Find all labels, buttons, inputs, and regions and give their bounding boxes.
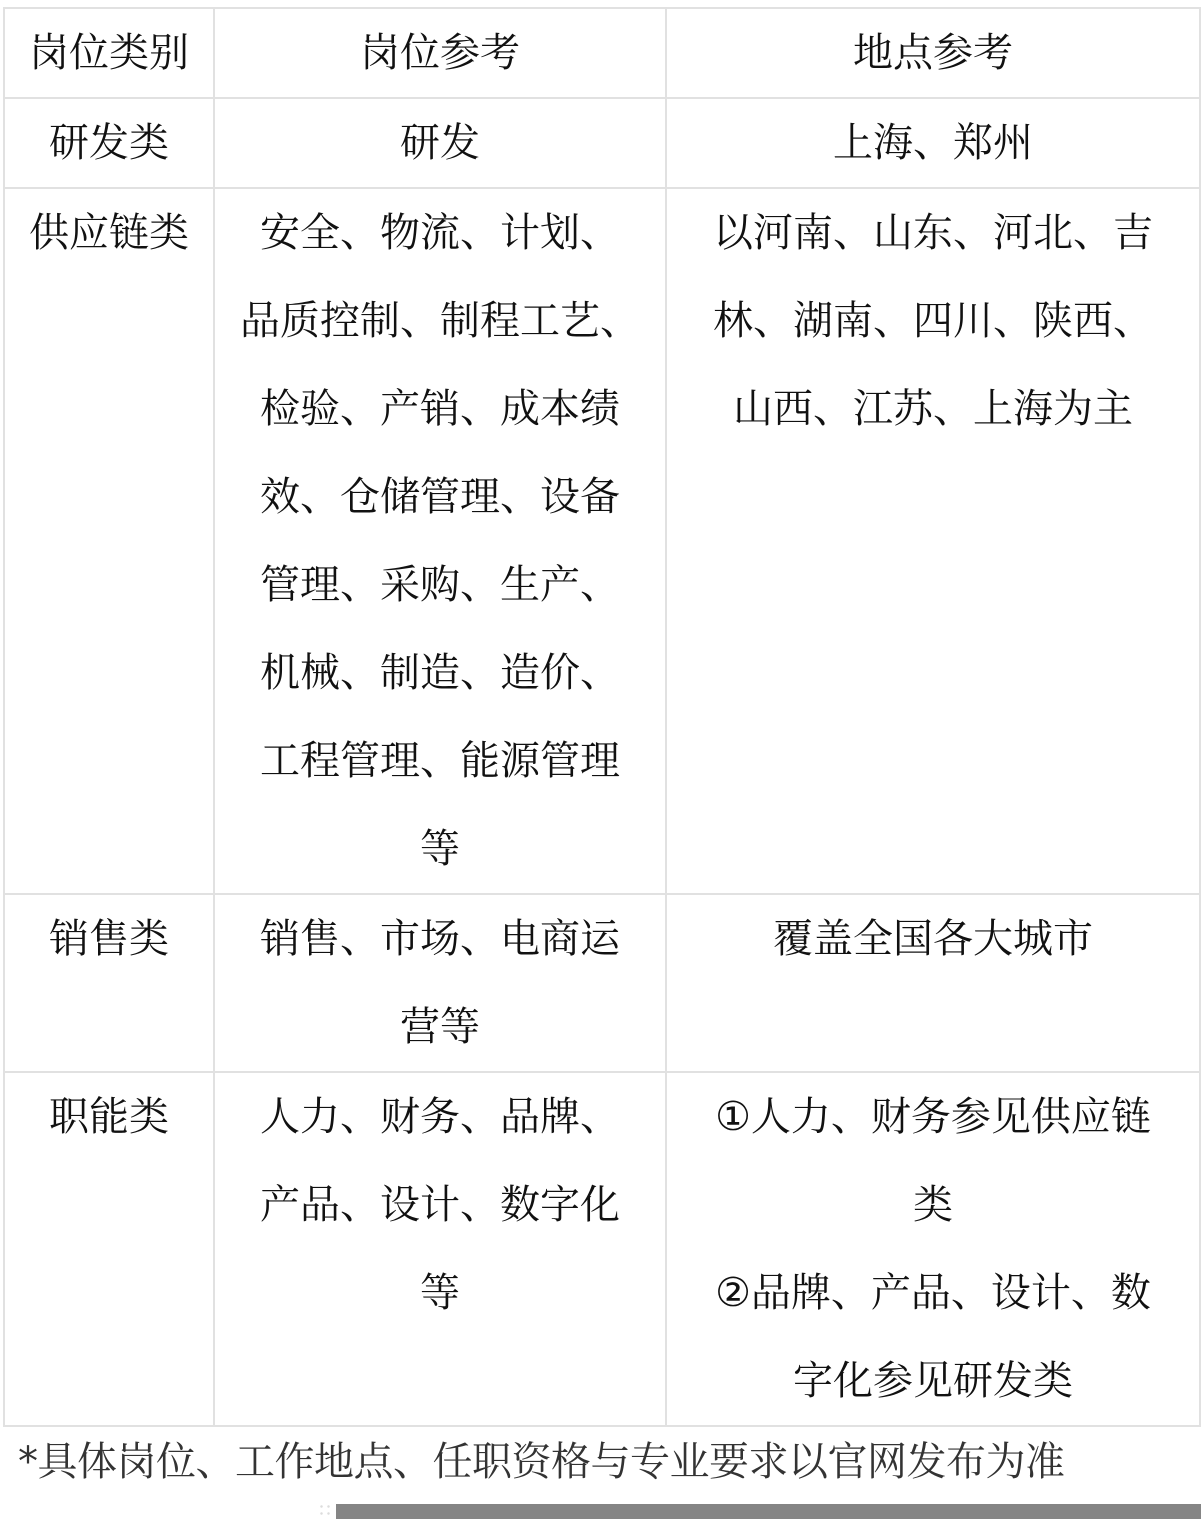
horizontal-scrollbar-thumb[interactable] — [336, 1504, 1201, 1519]
table-row: 职能类 人力、财务、品牌、 产品、设计、数字化 等 ①人力、财务参见供应链 类 … — [4, 1072, 1200, 1426]
locations-line: 类 — [683, 1161, 1183, 1249]
scrollbar-grip-icon[interactable] — [318, 1503, 332, 1519]
locations-line: ①人力、财务参见供应链 — [683, 1073, 1183, 1161]
locations-cell: ①人力、财务参见供应链 类 ②品牌、产品、设计、数 字化参见研发类 — [666, 1072, 1200, 1426]
positions-line: 人力、财务、品牌、 — [231, 1073, 649, 1161]
locations-line: 林、湖南、四川、陕西、 — [683, 277, 1183, 365]
positions-cell: 人力、财务、品牌、 产品、设计、数字化 等 — [214, 1072, 666, 1426]
table-header-row: 岗位类别 岗位参考 地点参考 — [4, 8, 1200, 98]
positions-line: 等 — [231, 1249, 649, 1337]
job-category-table: 岗位类别 岗位参考 地点参考 研发类 研发 上海、郑州 供应链类 安全、物流、计… — [3, 7, 1201, 1427]
locations-line: 上海、郑州 — [683, 99, 1183, 187]
positions-line: 研发 — [231, 99, 649, 187]
positions-line: 安全、物流、计划、 — [231, 189, 649, 277]
locations-cell: 以河南、山东、河北、吉 林、湖南、四川、陕西、 山西、江苏、上海为主 — [666, 188, 1200, 894]
positions-cell: 销售、市场、电商运 营等 — [214, 894, 666, 1072]
header-positions: 岗位参考 — [214, 8, 666, 98]
category-cell: 销售类 — [4, 894, 214, 1072]
header-category: 岗位类别 — [4, 8, 214, 98]
locations-cell: 上海、郑州 — [666, 98, 1200, 188]
locations-cell: 覆盖全国各大城市 — [666, 894, 1200, 1072]
positions-line: 效、仓储管理、设备 — [231, 453, 649, 541]
positions-line: 品质控制、制程工艺、 — [231, 277, 649, 365]
category-cell: 研发类 — [4, 98, 214, 188]
table-row: 研发类 研发 上海、郑州 — [4, 98, 1200, 188]
table-row: 销售类 销售、市场、电商运 营等 覆盖全国各大城市 — [4, 894, 1200, 1072]
locations-line: 覆盖全国各大城市 — [683, 895, 1183, 983]
locations-line: 字化参见研发类 — [683, 1337, 1183, 1425]
category-cell: 职能类 — [4, 1072, 214, 1426]
positions-line: 营等 — [231, 983, 649, 1071]
positions-line: 机械、制造、造价、 — [231, 629, 649, 717]
positions-line: 检验、产销、成本绩 — [231, 365, 649, 453]
positions-line: 等 — [231, 805, 649, 893]
positions-cell: 研发 — [214, 98, 666, 188]
positions-cell: 安全、物流、计划、 品质控制、制程工艺、 检验、产销、成本绩 效、仓储管理、设备… — [214, 188, 666, 894]
job-table-container: 岗位类别 岗位参考 地点参考 研发类 研发 上海、郑州 供应链类 安全、物流、计… — [3, 7, 1199, 1427]
footnote-disclaimer: *具体岗位、工作地点、任职资格与专业要求以官网发布为准 — [18, 1432, 1198, 1492]
table-row: 供应链类 安全、物流、计划、 品质控制、制程工艺、 检验、产销、成本绩 效、仓储… — [4, 188, 1200, 894]
positions-line: 工程管理、能源管理 — [231, 717, 649, 805]
locations-line: 以河南、山东、河北、吉 — [683, 189, 1183, 277]
positions-line: 销售、市场、电商运 — [231, 895, 649, 983]
positions-line: 管理、采购、生产、 — [231, 541, 649, 629]
locations-line: 山西、江苏、上海为主 — [683, 365, 1183, 453]
locations-line: ②品牌、产品、设计、数 — [683, 1249, 1183, 1337]
positions-line: 产品、设计、数字化 — [231, 1161, 649, 1249]
header-locations: 地点参考 — [666, 8, 1200, 98]
category-cell: 供应链类 — [4, 188, 214, 894]
